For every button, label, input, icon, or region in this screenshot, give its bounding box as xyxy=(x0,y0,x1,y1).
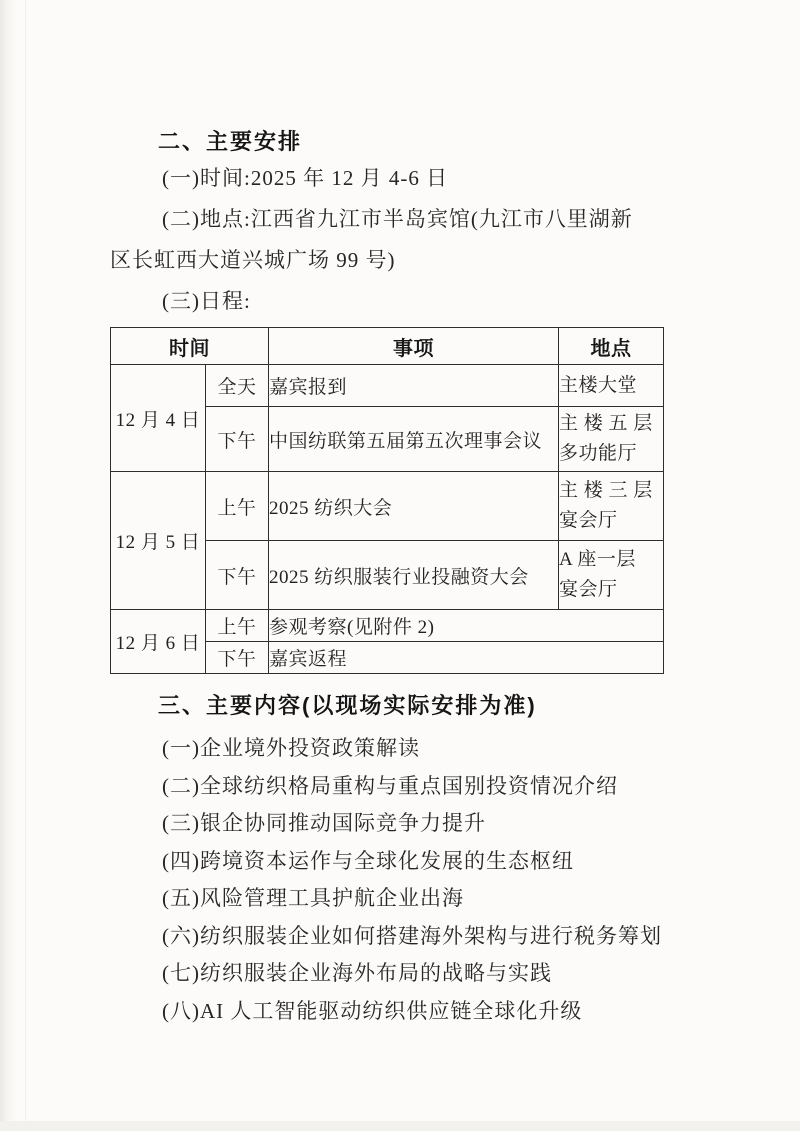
venue-line: 宴会厅 xyxy=(559,575,663,605)
date-cell: 12 月 4 日 xyxy=(111,365,206,472)
event-cell: 2025 纺织大会 xyxy=(269,472,559,541)
venue-line: A 座一层 xyxy=(559,545,663,575)
list-item: (五)风险管理工具护航企业出海 xyxy=(110,880,694,918)
period-cell: 全天 xyxy=(206,365,269,407)
table-row: 12 月 4 日 全天 嘉宾报到 主楼大堂 xyxy=(111,365,664,407)
header-time: 时间 xyxy=(111,328,269,365)
list-item: (三)银企协同推动国际竞争力提升 xyxy=(110,805,694,843)
venue-line: 主 楼 五 层 xyxy=(559,409,663,439)
venue-cell: 主楼大堂 xyxy=(559,365,664,407)
venue-cell: 主 楼 三 层 宴会厅 xyxy=(559,472,664,541)
schedule-header-row: 时间 事项 地点 xyxy=(111,328,664,365)
header-event: 事项 xyxy=(269,328,559,365)
paragraph-time: (一)时间:2025 年 12 月 4-6 日 xyxy=(110,158,694,199)
paragraph-location-line2: 区长虹西大道兴城广场 99 号) xyxy=(110,240,694,281)
section-heading-main-arrangements: 二、主要安排 xyxy=(158,0,694,158)
venue-cell: 主 楼 五 层 多功能厅 xyxy=(559,407,664,472)
header-venue: 地点 xyxy=(559,328,664,365)
venue-line: 宴会厅 xyxy=(559,506,663,536)
paragraph-location-line1: (二)地点:江西省九江市半岛宾馆(九江市八里湖新 xyxy=(110,199,694,240)
list-item: (八)AI 人工智能驱动纺织供应链全球化升级 xyxy=(110,993,694,1031)
document-page: 二、主要安排 (一)时间:2025 年 12 月 4-6 日 (二)地点:江西省… xyxy=(0,0,800,1131)
paragraph-agenda-label: (三)日程: xyxy=(110,281,694,322)
period-cell: 上午 xyxy=(206,472,269,541)
venue-line: 主 楼 三 层 xyxy=(559,476,663,506)
event-cell-merged: 嘉宾返程 xyxy=(269,642,664,674)
content-list: (一)企业境外投资政策解读 (二)全球纺织格局重构与重点国别投资情况介绍 (三)… xyxy=(110,730,694,1030)
table-row: 12 月 6 日 上午 参观考察(见附件 2) xyxy=(111,610,664,642)
period-cell: 上午 xyxy=(206,610,269,642)
event-cell: 2025 纺织服装行业投融资大会 xyxy=(269,541,559,610)
schedule-table: 时间 事项 地点 12 月 4 日 全天 嘉宾报到 主楼大堂 下午 中国纺联第五… xyxy=(110,327,664,674)
venue-line: 多功能厅 xyxy=(559,439,663,469)
period-cell: 下午 xyxy=(206,541,269,610)
date-cell: 12 月 5 日 xyxy=(111,472,206,610)
event-cell-merged: 参观考察(见附件 2) xyxy=(269,610,664,642)
section-heading-main-content: 三、主要内容(以现场实际安排为准) xyxy=(158,690,694,722)
list-item: (六)纺织服装企业如何搭建海外架构与进行税务筹划 xyxy=(110,918,694,956)
list-item: (七)纺织服装企业海外布局的战略与实践 xyxy=(110,955,694,993)
event-cell: 嘉宾报到 xyxy=(269,365,559,407)
date-cell: 12 月 6 日 xyxy=(111,610,206,674)
list-item: (四)跨境资本运作与全球化发展的生态枢纽 xyxy=(110,843,694,881)
venue-cell: A 座一层 宴会厅 xyxy=(559,541,664,610)
event-cell: 中国纺联第五届第五次理事会议 xyxy=(269,407,559,472)
list-item: (二)全球纺织格局重构与重点国别投资情况介绍 xyxy=(110,768,694,806)
list-item: (一)企业境外投资政策解读 xyxy=(110,730,694,768)
period-cell: 下午 xyxy=(206,642,269,674)
period-cell: 下午 xyxy=(206,407,269,472)
venue-line: 主楼大堂 xyxy=(559,371,663,401)
table-row: 12 月 5 日 上午 2025 纺织大会 主 楼 三 层 宴会厅 xyxy=(111,472,664,541)
